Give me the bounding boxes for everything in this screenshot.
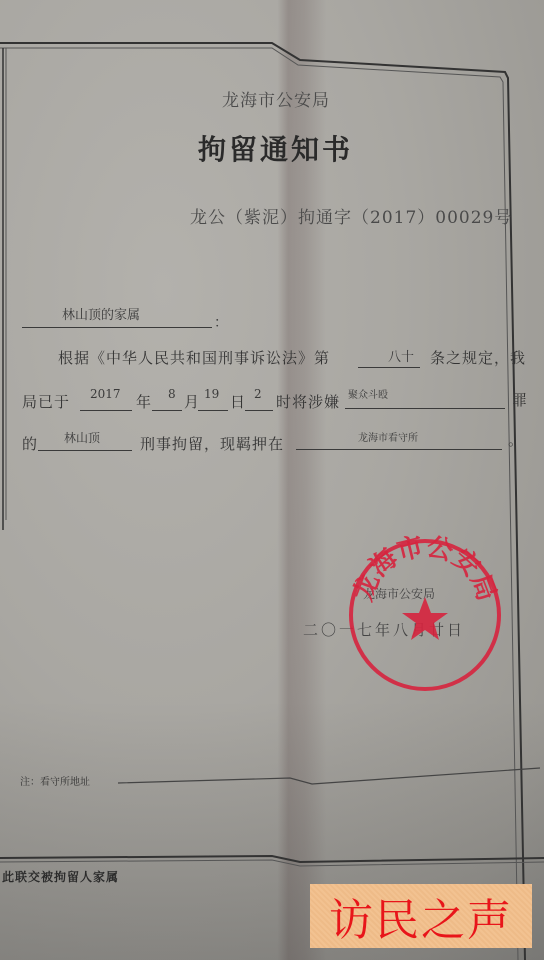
copy-distribution-note: 此联交被拘留人家属 [2, 868, 119, 885]
watermark-text: 访民之声 [329, 884, 513, 948]
note-underline [0, 0, 544, 960]
watermark-badge: 访民之声 [310, 884, 532, 948]
